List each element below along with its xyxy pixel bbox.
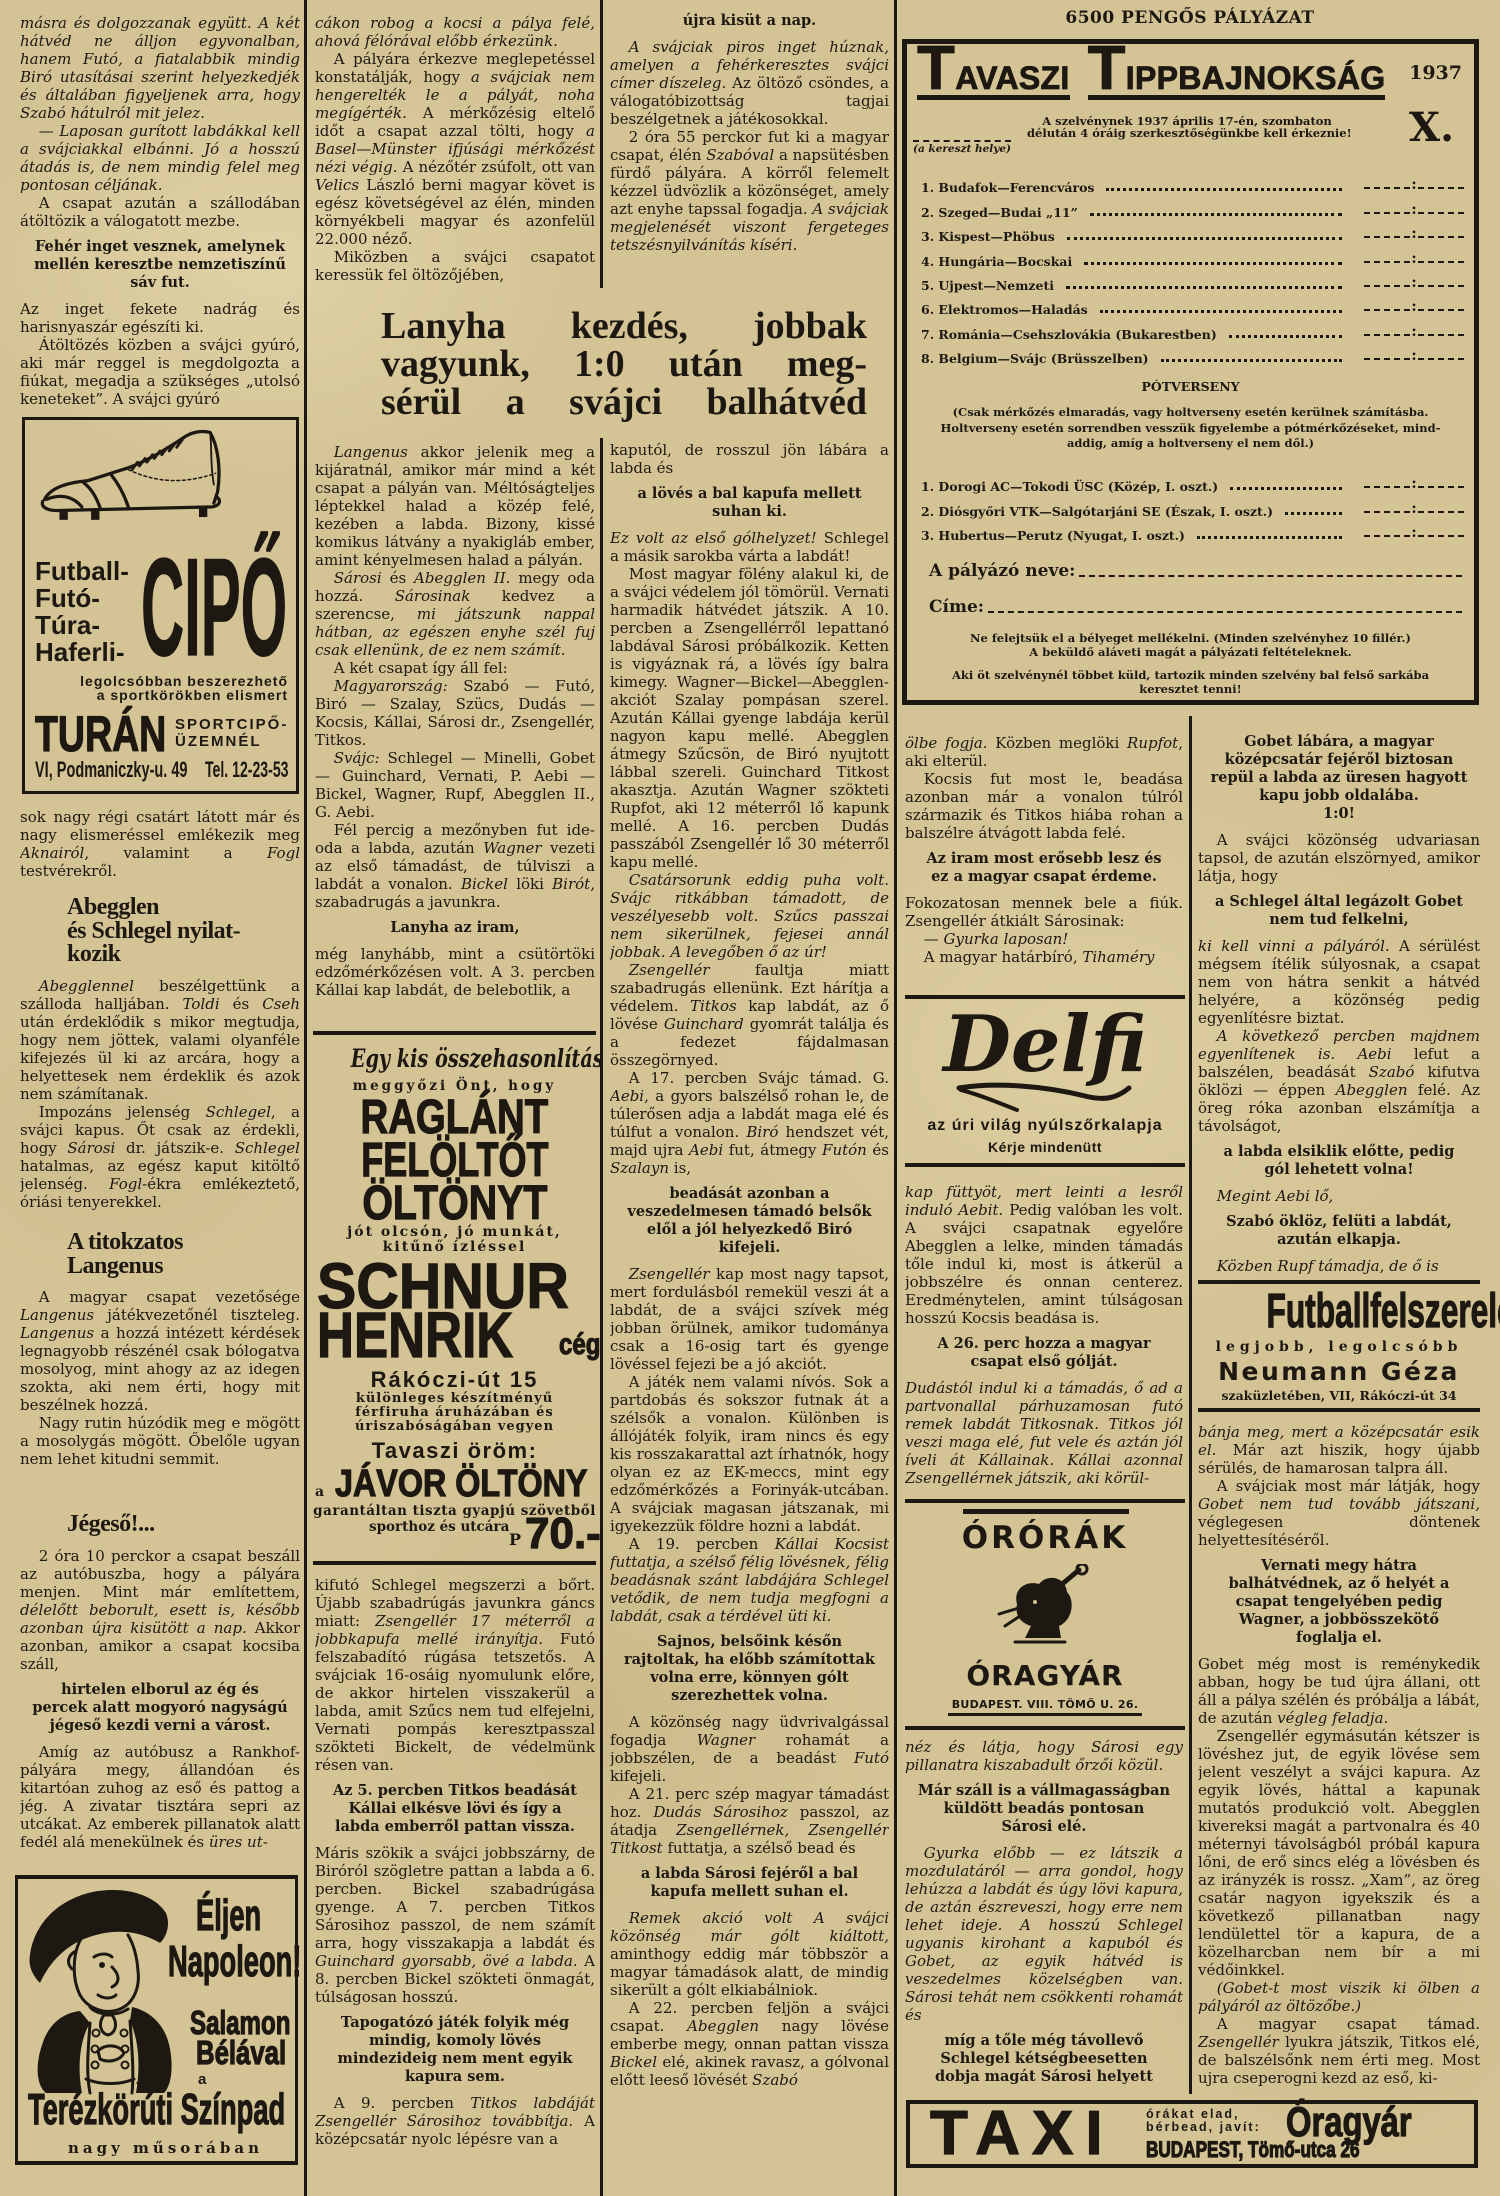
text-line: különleges készítményű — [313, 1392, 596, 1406]
product-name-text: JÁVOR ÖLTÖNY — [335, 1466, 587, 1502]
score-blank: : — [1364, 476, 1464, 491]
match-row: 3. Kispest—Phöbus: — [921, 220, 1464, 244]
ororak-title: ÓRÓRÁK — [905, 1520, 1185, 1556]
paragraph: Langenus akkor jelenik meg a kijáratnál,… — [315, 443, 595, 569]
emphasis: Futón — [822, 1141, 867, 1159]
paragraph: 2 óra 10 perckor a csapat beszáll az aut… — [20, 1547, 300, 1673]
paragraph: A játék nem valami nívós. Sok a partdobá… — [610, 1373, 889, 1535]
paragraph: A 17. percben Svájc támad. G. Aebi, a gy… — [610, 1069, 889, 1177]
advert-delfi-hats: Delfi az úri világ nyúlszőrkalapja Kérje… — [905, 1000, 1185, 1162]
match-row: 2. Diósgyőri VTK—Salgótarjáni SE (Észak,… — [921, 494, 1464, 518]
emphasis: Zsengellér — [629, 1265, 710, 1283]
column-3-report: kaputól, de rosszul jön lábára a labda é… — [610, 441, 889, 2170]
emphasis: bánja meg, mert a középcsatár esik el. — [1198, 1423, 1480, 1459]
star-name-2: Bélával — [196, 2037, 312, 2069]
score-blank: : — [1364, 525, 1464, 540]
column-rule — [1189, 716, 1192, 2094]
paragraph: A 21. perc szép magyar támadást hoz. Dud… — [610, 1785, 889, 1857]
section-heading: Jégeső!... — [67, 1513, 300, 1537]
emphasis: kap füttyöt, mert leinti a lesről induló… — [905, 1183, 1183, 1219]
emphasis: Futó — [854, 1749, 889, 1767]
paragraph: A magyar csapat támad. Zsengellér lyukra… — [1198, 2015, 1480, 2087]
subheading: a labda Sárosi fejéről a bal kapufa mell… — [622, 1865, 877, 1901]
column-4-b: kap füttyöt, mert leinti a lesről induló… — [905, 1183, 1183, 1495]
multiple-coupon-note: Aki öt szelvénynél többet küld, tartozik… — [917, 668, 1464, 696]
subheading: Gobet lábára, a magyar középcsatár fejér… — [1210, 733, 1468, 823]
paragraph: A 22. percben feljön a svájci csapat. Ab… — [610, 1999, 889, 2089]
paragraph: Impozáns jelenség Schlegel, a svájci kap… — [20, 1103, 300, 1211]
title-word: TAVASZI — [917, 52, 1070, 100]
column-3-top: újra kisüt a nap.A svájciak piros inget … — [610, 12, 889, 290]
emphasis: Svájc: — [334, 749, 380, 767]
emphasis: Zsengellérnek, Zsengellér Titkost — [610, 1821, 889, 1857]
neumann-tagline: legjobb, legolcsóbb — [1198, 1339, 1480, 1355]
ornament-bar — [963, 1509, 1129, 1514]
advert-schnur-henrik: Egy kis összehasonlítás meggyőzi Önt, ho… — [313, 1038, 596, 1560]
paragraph: A két csapat így áll fel: — [315, 659, 595, 677]
match-name: 5. Ujpest—Nemzeti — [921, 278, 1054, 293]
match-name: 3. Kispest—Phöbus — [921, 229, 1055, 244]
venue-name-text: Terézkörúti Színpad — [28, 2087, 285, 2133]
emphasis: Szabó — [1369, 1063, 1415, 1081]
ad-intro: Egy kis összehasonlítás — [313, 1044, 596, 1074]
column-4-a: ölbe fogja. Közben meglöki Rupfot, aki e… — [905, 734, 1183, 992]
section-heading: A titokzatosLangenus — [67, 1231, 300, 1278]
garment-1: RAGLÁNT — [313, 1098, 596, 1138]
emphasis: Dudás Sárosihoz — [653, 1803, 787, 1821]
paragraph: 2 óra 55 perckor fut ki a magyar csapat,… — [610, 128, 889, 254]
away-score-blank — [1418, 285, 1464, 287]
price-currency: P — [509, 1530, 521, 1549]
paragraph: Zsengellér faultja miatt szabadrugás ell… — [610, 961, 889, 1069]
column-4-c: néz és látja, hogy Sárosi egy pillanatra… — [905, 1738, 1183, 2094]
column-1-after-ad: sok nagy régi csatárt látott már és nagy… — [20, 808, 300, 882]
company-name-text: HENRIK — [317, 1308, 513, 1362]
column-2-top: cákon robog a kocsi a pálya felé, ahová … — [315, 14, 595, 288]
entrant-name-label: A pályázó neve: — [929, 561, 1075, 581]
paragraph: Most magyar fölény alakul ki, de a svájc… — [610, 565, 889, 871]
score-blank: : — [1364, 226, 1464, 241]
paragraph: Zsengellér kap most nagy tapsot, mert fo… — [610, 1265, 889, 1373]
emphasis: Cseh — [262, 995, 300, 1013]
paragraph: másra és dolgozzanak együtt. A két hátvé… — [20, 14, 300, 122]
football-boot-illustration — [39, 426, 225, 530]
emphasis: Schlegel — [206, 1103, 271, 1121]
score-blank: : — [1364, 299, 1464, 314]
text-line: Haferli- — [35, 639, 129, 666]
score-colon: : — [1410, 177, 1418, 192]
subheading: a labda elsiklik előtte, pedig gól lehet… — [1210, 1143, 1468, 1179]
emphasis: A svájciak piros inget húznak, amelyen a… — [610, 38, 889, 92]
score-colon: : — [1410, 251, 1418, 266]
match-row: 6. Elektromos—Haladás: — [921, 293, 1464, 317]
venue-tail: nagy műsorában — [68, 2139, 263, 2157]
dotted-leader — [1090, 213, 1342, 216]
watchman-figure-illustration — [993, 1564, 1097, 1644]
paragraph: Az inget fekete nadrág és harisnyaszár e… — [20, 300, 300, 336]
paragraph: még lanyhább, mint a csütörtöki edzőmérk… — [315, 945, 595, 999]
paragraph: A közönség nagy üdvrivalgással fogadja W… — [610, 1713, 889, 1785]
entrant-name-blank — [1079, 575, 1462, 577]
score-blank: : — [1364, 348, 1464, 363]
paragraph: A pályára érkezve meglepetéssel konstatá… — [315, 50, 595, 248]
score-colon: : — [1410, 348, 1418, 363]
away-score-blank — [1418, 236, 1464, 238]
deadline-note: A szelvénynek 1937 április 17-én, szomba… — [1027, 115, 1347, 139]
match-name: 4. Hungária—Bocskai — [921, 254, 1072, 269]
subheading: Fehér inget vesznek, amelynek mellén ker… — [32, 238, 288, 292]
dotted-leader — [1161, 359, 1342, 362]
emphasis: Szalayn — [610, 1159, 669, 1177]
text-line: sérül a svájci balhátvéd — [381, 383, 867, 421]
product-use: sporthoz és utcára — [369, 1519, 509, 1535]
section-langenus: A titokzatosLangenusA magyar csapat veze… — [20, 1231, 300, 1503]
column-5-a: Gobet lábára, a magyar középcsatár fejér… — [1198, 733, 1480, 1277]
delfi-cta: Kérje mindenütt — [905, 1139, 1185, 1155]
text-line: jót olcsón, jó munkát, — [313, 1225, 596, 1240]
paragraph: Zsengellér egymásután kétszer is lövéshe… — [1198, 1727, 1480, 1979]
emphasis: délelőtt beborult, esett is, később azon… — [20, 1601, 300, 1637]
home-score-blank — [1364, 212, 1410, 214]
taxi-maker-text: Óragyár — [1286, 2102, 1412, 2142]
emphasis: Rupfot — [1127, 734, 1178, 752]
subheading: A 26. perc hozza a magyar csapat első gó… — [917, 1335, 1171, 1371]
paragraph: Gobet még most is reménykedik abban, hog… — [1198, 1655, 1480, 1727]
emphasis: Gobet nem tud tovább játszani, — [1198, 1495, 1480, 1513]
match-name: 1. Dorogi AC—Tokodi ÜSC (Közép, I. oszt.… — [921, 479, 1218, 494]
paragraph: Remek akció volt A svájci közönség már g… — [610, 1909, 889, 1999]
home-score-blank — [1364, 285, 1410, 287]
match-row: 2. Szeged—Budai „11”: — [921, 195, 1464, 219]
entrant-address-blank — [988, 611, 1462, 613]
garment-text: FELÖLTŐT — [361, 1141, 548, 1181]
home-score-blank — [1364, 358, 1410, 360]
subheading: Vernati megy hátra balhátvédnek, az ő he… — [1210, 1557, 1468, 1647]
paragraph: (Gobet-t most viszik ki ölben a pályáról… — [1198, 1979, 1480, 2015]
text-line: SPORTCIPŐ- — [175, 716, 288, 733]
stamp-note: Ne felejtsük el a bélyeget mellékelni. (… — [917, 631, 1464, 659]
emphasis: Aebi — [610, 1087, 644, 1105]
garment-text: RAGLÁNT — [361, 1098, 549, 1138]
subheading: beadását azonban a veszedelmesen támadó … — [622, 1185, 877, 1257]
emphasis: Wagner — [483, 839, 541, 857]
paragraph: Miközben a svájci csapatot keressük fel … — [315, 248, 595, 284]
dotted-leader — [1106, 188, 1342, 191]
advert-terezkoruti-szinpad: Éljen Napoleon! Salamon Bélával a Terézk… — [15, 1875, 298, 2165]
emphasis: Aebi — [689, 1141, 723, 1159]
paragraph: Ez volt az első gólhelyzet! Schlegel a m… — [610, 529, 889, 565]
section-abegglen-schlegel: Abegglenés Schlegel nyilat-kozikAbegglen… — [20, 896, 300, 1218]
company-name-2: HENRIK — [317, 1308, 562, 1362]
text-line: legolcsóbban beszerezhető — [80, 674, 288, 688]
text-line: Ne felejtsük el a bélyeget mellékelni. (… — [917, 631, 1464, 645]
emphasis: Toldi — [183, 995, 220, 1013]
paragraph: Svájc: Schlegel — Minelli, Gobet — Guinc… — [315, 749, 595, 821]
paragraph: kaputól, de rosszul jön lábára a labda é… — [610, 441, 889, 477]
show-title-2: Napoleon! — [168, 1939, 383, 1985]
paragraph: Átöltözés közben a svájci gyúró, aki már… — [20, 336, 300, 408]
ororak-address: BUDAPEST. VIII. TÖMŐ U. 26. — [948, 1698, 1143, 1716]
emphasis: Abegglennel — [39, 977, 134, 995]
text-line: bérbead, javít: — [1146, 2121, 1261, 2134]
match-row: 8. Belgium—Svájc (Brüsszelben): — [921, 342, 1464, 366]
paragraph: A magyar határbíró, Tihaméry — [905, 948, 1183, 966]
match-row: 1. Budafok—Ferencváros: — [921, 171, 1464, 195]
paragraph: bánja meg, mert a középcsatár esik el. M… — [1198, 1423, 1480, 1477]
shoe-types: Futball-Futó-Túra-Haferli- — [35, 558, 129, 666]
emphasis: Velics — [315, 176, 359, 194]
show-title-1: Éljen — [196, 1893, 301, 1939]
home-score-blank — [1364, 535, 1410, 537]
paragraph: A következő percben majdnem egyenlítenek… — [1198, 1027, 1480, 1135]
match-name: 6. Elektromos—Haladás — [921, 302, 1088, 317]
garment-2: FELÖLTŐT — [313, 1141, 596, 1181]
paragraph: kifutó Schlegel megszerzi a bőrt. Újabb … — [315, 1576, 595, 1774]
paragraph: Kocsis fut most le, beadása azonban már … — [905, 770, 1183, 842]
text-line: délután 4 óráig szerkesztőségünkbe kell … — [1027, 127, 1347, 139]
neumann-address: szaküzletében, VII, Rákóczi-út 34 — [1198, 1388, 1480, 1403]
subheading: Lanyha az iram, — [327, 919, 583, 937]
away-score-blank — [1418, 535, 1464, 537]
away-score-blank — [1418, 486, 1464, 488]
entrant-address-label: Címe: — [929, 597, 984, 617]
company-description: különleges készítményűférfiruha áruházáb… — [313, 1392, 596, 1434]
paragraph: Fél percig a mezőnyben fut ide-oda a lab… — [315, 821, 595, 911]
column-1-top: másra és dolgozzanak együtt. A két hátvé… — [20, 14, 300, 408]
emphasis: Zsengellér — [1198, 2033, 1279, 2051]
subheading: hirtelen elborul az ég és percek alatt m… — [32, 1681, 288, 1735]
emphasis: Sárosi — [67, 1139, 115, 1157]
emphasis: Kállai Kocsist futtatja, a szélső félig … — [610, 1535, 889, 1625]
column-5-b: bánja meg, mert a középcsatár esik el. M… — [1198, 1423, 1480, 2095]
paragraph: ölbe fogja. Közben meglöki Rupfot, aki e… — [905, 734, 1183, 770]
company-suffix: cég — [559, 1328, 611, 1362]
text-line: vagyunk, 1:0 után meg- — [381, 345, 867, 383]
subheading: míg a tőle még távollevő Schlegel kétség… — [917, 2032, 1171, 2086]
emphasis: Szabó — [752, 2071, 798, 2089]
emphasis: Ez volt az első gólhelyzet! — [610, 529, 817, 547]
company-suffix-text: cég — [559, 1328, 600, 1362]
promo-label: Tavaszi öröm: — [313, 1438, 596, 1464]
advert-turan-shoes: Futball-Futó-Túra-Haferli- CIPŐ legolcsó… — [22, 417, 299, 794]
away-score-blank — [1418, 187, 1464, 189]
match-name: 3. Hubertus—Perutz (Nyugat, I. oszt.) — [921, 528, 1185, 543]
coupon-year: 1937 — [1409, 62, 1462, 84]
subheading: Tapogatózó játék folyik még mindig, komo… — [327, 2014, 583, 2086]
paragraph: — Laposan gurított labdákkal kell a sváj… — [20, 122, 300, 194]
away-score-blank — [1418, 261, 1464, 263]
dotted-leader — [1229, 335, 1342, 338]
home-score-blank — [1364, 486, 1410, 488]
match-name: 1. Budafok—Ferencváros — [921, 180, 1094, 195]
show-title-text: Napoleon! — [168, 1939, 301, 1985]
paragraph: Közben Rupf támadja, de ő is — [1198, 1257, 1480, 1275]
away-score-blank — [1418, 309, 1464, 311]
advert-ororak: ÓRÓRÁK ÓRAGYÁR BUDAPEST. VIII. TÖMŐ U. 2… — [905, 1504, 1185, 1725]
emphasis: Zsengellér — [629, 961, 710, 979]
match-row: 4. Hungária—Bocskai: — [921, 244, 1464, 268]
home-score-blank — [1364, 309, 1410, 311]
paragraph: Abegglennel beszélgettünk a szálloda hal… — [20, 977, 300, 1103]
paragraph: Megint Aebi lő, — [1198, 1187, 1480, 1205]
text-line: ÜZEMNÉL — [175, 733, 288, 750]
main-headline: Lanyha kezdés, jobbakvagyunk, 1:0 után m… — [381, 307, 867, 421]
paragraph: Nagy rutin húzódik meg e mögött a mosoly… — [20, 1414, 300, 1468]
subheading: Az iram most erősebb lesz és ez a magyar… — [917, 850, 1171, 886]
home-score-blank — [1364, 511, 1410, 513]
taxi-maker: Óragyár — [1286, 2102, 1447, 2142]
paragraph: kap füttyöt, mert leinti a lesről induló… — [905, 1183, 1183, 1327]
match-row: 5. Ujpest—Nemzeti: — [921, 269, 1464, 293]
dotted-leader — [1066, 286, 1342, 289]
section-rule — [313, 1031, 596, 1035]
emphasis: Gyurka laposan! — [944, 930, 1069, 948]
score-blank: : — [1364, 202, 1464, 217]
dotted-leader — [1230, 487, 1342, 490]
emphasis: Aknairól — [20, 844, 84, 862]
emphasis: A svájciak megjelenését viszont fergeteg… — [610, 200, 889, 254]
emphasis: Magyarország: — [334, 677, 448, 695]
column-rule — [894, 0, 897, 2196]
brand-name-text: TURÁN — [35, 714, 166, 754]
score-colon: : — [1410, 525, 1418, 540]
score-blank: : — [1364, 501, 1464, 516]
score-blank: : — [1364, 324, 1464, 339]
match-row: 3. Hubertus—Perutz (Nyugat, I. oszt.): — [921, 519, 1464, 543]
taxi-services: órákat elad,bérbead, javít: — [1146, 2108, 1261, 2134]
emphasis: ki kell vinni a pályáról. — [1198, 937, 1390, 955]
section-rule — [313, 1561, 596, 1565]
dotted-leader — [1067, 237, 1342, 240]
match-name: 2. Szeged—Budai „11” — [921, 205, 1078, 220]
ororak-address-wrap: BUDAPEST. VIII. TÖMŐ U. 26. — [905, 1693, 1185, 1712]
emphasis: Wagner — [697, 1731, 755, 1749]
paragraph: cákon robog a kocsi a pálya felé, ahová … — [315, 14, 595, 50]
emphasis: Tihaméry — [1082, 948, 1154, 966]
text-line: (Csak mérkőzés elmaradás, vagy holtverse… — [917, 405, 1464, 421]
emphasis: végleg feladja. — [1277, 1709, 1388, 1727]
home-score-blank — [1364, 236, 1410, 238]
paragraph: A 19. percben Kállai Kocsist futtatja, a… — [610, 1535, 889, 1625]
paragraph: Magyarország: Szabó — Futó, Biró — Szala… — [315, 677, 595, 749]
product-name: JÁVOR ÖLTÖNY — [335, 1466, 632, 1502]
delfi-logo: Delfi — [905, 1000, 1185, 1090]
emphasis: Abegglen — [687, 2017, 759, 2035]
score-colon: : — [1410, 226, 1418, 241]
match-name: 2. Diósgyőri VTK—Salgótarjáni SE (Észak,… — [921, 504, 1273, 519]
shop-phone-text: Tel. 12-23-53 — [205, 758, 288, 782]
emphasis: Fogl — [109, 1175, 142, 1193]
venue-name: Terézkörúti Színpad — [28, 2087, 443, 2133]
subheading: Az 5. percben Titkos beadását Kállai elk… — [327, 1782, 583, 1836]
home-score-blank — [1364, 334, 1410, 336]
section-heading: Abegglenés Schlegel nyilat-kozik — [67, 896, 300, 967]
paragraph: Fokozatosan mennek bele a fiúk. Zsengell… — [905, 894, 1183, 930]
company-address: Rákóczi-út 15 — [313, 1367, 596, 1393]
emphasis: Langenus — [20, 1306, 94, 1324]
taxi-address-text: BUDAPEST, Tömő-utca 26 — [1146, 2138, 1360, 2162]
shop-address-text: VI, Podmaniczky-u. 49 — [35, 758, 188, 782]
emphasis: Schlegel — [235, 1139, 300, 1157]
subheading: Sajnos, belsőink későn rajtoltak, ha elő… — [622, 1633, 877, 1705]
advert-taxi-oragyar: TAXI órákat elad,bérbead, javít: Óragyár… — [906, 2100, 1478, 2168]
ad-intro-text: Egy kis összehasonlítás — [351, 1044, 604, 1074]
home-score-blank — [1364, 261, 1410, 263]
dotted-leader — [1197, 536, 1342, 539]
show-title-text: Éljen — [196, 1893, 261, 1939]
away-score-blank — [1418, 358, 1464, 360]
text-line: A beküldő aláveti magát a pályázati felt… — [917, 645, 1464, 659]
text-line: addig, amíg a holtverseny el nem dől.) — [917, 436, 1464, 452]
emphasis: Szabóval — [706, 146, 774, 164]
text-line: Futó- — [35, 585, 129, 612]
coupon-title: TAVASZITIPPBAJNOKSÁG — [917, 52, 1385, 100]
advert-neumann-geza: Futballfelszerelés legjobb, legolcsóbb N… — [1198, 1285, 1480, 1407]
section-jegeso: Jégeső!...2 óra 10 perckor a csapat besz… — [20, 1513, 300, 1869]
coupon-number: X. — [1409, 106, 1454, 150]
paragraph: Amíg az autóbusz a Rankhof-pályára megy,… — [20, 1743, 300, 1851]
product-name: CIPŐ — [141, 558, 481, 658]
dotted-leader — [1285, 512, 1342, 515]
paragraph: néz és látja, hogy Sárosi egy pillanatra… — [905, 1738, 1183, 1774]
subheading: Már száll is a vállmagasságban küldött b… — [917, 1782, 1171, 1836]
emphasis: Remek akció volt A svájci közönség már g… — [610, 1909, 889, 1945]
column-2-bottom: kifutó Schlegel megszerzi a bőrt. Újabb … — [315, 1576, 595, 2176]
extra-contest-note: (Csak mérkőzés elmaradás, vagy holtverse… — [917, 405, 1464, 452]
subheading: Szabó öklöz, felüti a labdát, azután elk… — [1210, 1213, 1468, 1249]
home-score-blank — [1364, 187, 1410, 189]
section-rule — [1198, 1408, 1480, 1412]
text-line: Lanyha kezdés, jobbak — [381, 307, 867, 345]
text-line: a sportkörökben elismert — [80, 688, 288, 702]
dotted-leader — [1084, 262, 1342, 265]
emphasis: Guinchard — [664, 1015, 744, 1033]
subheading: a Schlegel által legázolt Gobet nem tud … — [1210, 893, 1468, 929]
taxi-title: TAXI — [930, 2105, 1115, 2163]
paragraph: sok nagy régi csatárt látott már és nagy… — [20, 808, 300, 880]
paragraph: A svájciak most már látják, hogy Gobet n… — [1198, 1477, 1480, 1549]
text-line: Holtverseny esetén sorrendben vesszük fi… — [917, 421, 1464, 437]
garment-text: ÖLTÖNYT — [362, 1184, 547, 1224]
section-rule — [905, 1163, 1185, 1167]
emphasis: a svájciak nem hengerelték le a pályát, … — [315, 68, 595, 122]
paragraph: — Gyurka laposan! — [905, 930, 1183, 948]
extra-contest-title: PÓTVERSENY — [907, 379, 1474, 394]
text-line: keresztet tenni! — [917, 682, 1464, 696]
garment-3: ÖLTÖNYT — [313, 1184, 596, 1224]
column-rule — [304, 0, 307, 2196]
section-rule — [1198, 1280, 1480, 1284]
ororak-maker: ÓRAGYÁR — [905, 1659, 1185, 1692]
match-list: 1. Budafok—Ferencváros:2. Szeged—Budai „… — [921, 171, 1464, 366]
neumann-name: Neumann Géza — [1198, 1357, 1480, 1386]
column-rule — [600, 438, 603, 2196]
product-prefix: a — [315, 1484, 324, 1500]
emphasis: Bickel — [461, 875, 508, 893]
column-rule — [600, 0, 603, 288]
brand-side: SPORTCIPŐ-ÜZEMNÉL — [175, 716, 288, 750]
emphasis: Langenus — [334, 443, 408, 461]
napoleon-caricature — [20, 1883, 185, 2095]
match-row: 1. Dorogi AC—Tokodi ÜSC (Közép, I. oszt.… — [921, 470, 1464, 494]
text-line: Aki öt szelvénynél többet küld, tartozik… — [917, 668, 1464, 682]
paragraph: A svájciak piros inget húznak, amelyen a… — [610, 38, 889, 128]
subheading: újra kisüt a nap. — [622, 12, 877, 30]
score-colon: : — [1410, 324, 1418, 339]
score-colon: : — [1410, 275, 1418, 290]
product-name-text: CIPŐ — [141, 558, 287, 658]
paragraph: A magyar csapat vezetősége Langenus játé… — [20, 1288, 300, 1414]
